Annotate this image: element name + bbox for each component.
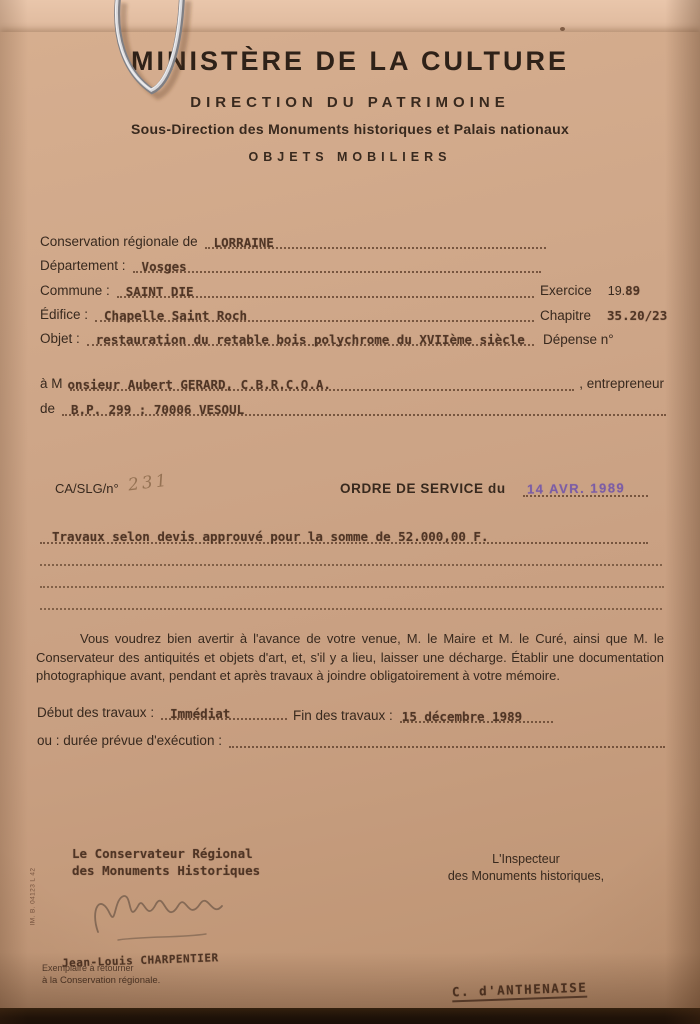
conservation-line: LORRAINE <box>205 232 546 249</box>
start-label: Début des travaux : <box>37 705 161 720</box>
end-value: 15 décembre 1989 <box>402 709 522 724</box>
empty-dotted-line <box>40 550 662 566</box>
commune-line: SAINT DIE <box>117 281 534 298</box>
service-title: OBJETS MOBILIERS <box>0 150 700 164</box>
exercice-value: 89 <box>625 283 640 298</box>
field-depense: Dépense n° <box>543 332 614 347</box>
chapitre-value: 35.20/23 <box>607 308 667 323</box>
notice-paragraph: Vous voudrez bien avertir à l'avance de … <box>36 630 664 686</box>
date-stamp: 14 AVR. 1989 <box>527 480 625 496</box>
field-exercice: Exercice19.89 <box>540 283 640 298</box>
departement-value: Vosges <box>142 259 187 274</box>
paperclip <box>104 0 204 121</box>
right-role-line1: L'Inspecteur <box>437 851 615 868</box>
handwritten-signature <box>84 880 254 950</box>
works-line: Travaux selon devis approuvé pour la som… <box>40 528 648 544</box>
paper-speck <box>560 27 565 31</box>
exercice-printed: 19. <box>608 284 625 298</box>
contractor-prefix: à M <box>40 376 70 391</box>
objet-line: restauration du retable bois polychrome … <box>87 329 534 346</box>
duration-label: ou : durée prévue d'exécution : <box>37 733 229 748</box>
empty-dotted-line <box>40 572 664 588</box>
field-duration: ou : durée prévue d'exécution : <box>37 731 665 748</box>
left-signatory-role: Le Conservateur Régional des Monuments H… <box>72 845 260 879</box>
departement-label: Département : <box>40 258 133 273</box>
start-value: Immédiat <box>170 706 230 721</box>
duration-line <box>229 731 665 748</box>
field-chapitre: Chapitre35.20/23 <box>540 308 667 323</box>
table-surface <box>0 1008 700 1024</box>
field-start-date: Début des travaux : Immédiat <box>37 703 287 720</box>
commune-label: Commune : <box>40 283 117 298</box>
field-conservation: Conservation régionale de LORRAINE <box>40 232 546 249</box>
field-commune: Commune : SAINT DIE <box>40 281 534 298</box>
field-edifice: Édifice : Chapelle Saint Roch <box>40 305 534 322</box>
field-departement: Département : Vosges <box>40 256 541 273</box>
conservation-value: LORRAINE <box>214 235 274 250</box>
objet-value: restauration du retable bois polychrome … <box>96 332 525 347</box>
empty-dotted-line <box>40 594 662 610</box>
end-label: Fin des travaux : <box>293 708 400 723</box>
copy-note-line2: à la Conservation régionale. <box>42 975 160 986</box>
exercice-label: Exercice <box>540 283 592 298</box>
left-role-line1: Le Conservateur Régional <box>72 845 260 862</box>
commune-value: SAINT DIE <box>126 284 194 299</box>
edifice-value: Chapelle Saint Roch <box>104 308 247 323</box>
ordre-de-service-label: ORDRE DE SERVICE du <box>340 481 506 496</box>
left-role-line2: des Monuments Historiques <box>72 862 260 879</box>
conservation-label: Conservation régionale de <box>40 234 205 249</box>
address-line: B.P. 299 : 70006 VESOUL <box>62 399 666 416</box>
contractor-value: onsieur Aubert GERARD, C.B.R.C.O.A. <box>68 377 331 392</box>
right-role-line2: des Monuments historiques, <box>437 868 615 885</box>
sous-direction-title: Sous-Direction des Monuments historiques… <box>0 121 700 137</box>
depense-label: Dépense n° <box>543 332 614 347</box>
photographed-document: MINISTÈRE DE LA CULTURE DIRECTION DU PAT… <box>0 0 700 1024</box>
field-contractor: à M onsieur Aubert GERARD, C.B.R.C.O.A. … <box>40 374 664 391</box>
field-objet: Objet : restauration du retable bois pol… <box>40 329 534 346</box>
contractor-line: onsieur Aubert GERARD, C.B.R.C.O.A. <box>70 374 575 391</box>
ordre-date-line: 14 AVR. 1989 <box>523 481 648 497</box>
edifice-label: Édifice : <box>40 307 95 322</box>
objet-label: Objet : <box>40 331 87 346</box>
address-prefix: de <box>40 401 62 416</box>
contractor-suffix: , entrepreneur <box>574 376 664 391</box>
works-description: Travaux selon devis approuvé pour la som… <box>52 529 489 544</box>
chapitre-label: Chapitre <box>540 308 591 323</box>
address-value: B.P. 299 : 70006 VESOUL <box>71 402 244 417</box>
field-address: de B.P. 299 : 70006 VESOUL <box>40 399 666 416</box>
start-line: Immédiat <box>161 703 287 720</box>
end-line: 15 décembre 1989 <box>400 706 553 723</box>
departement-line: Vosges <box>133 256 541 273</box>
printer-margin-note: IM. B. 04123 L 42 <box>30 860 37 934</box>
edifice-line: Chapelle Saint Roch <box>95 305 534 322</box>
field-end-date: Fin des travaux : 15 décembre 1989 <box>293 706 553 723</box>
right-signatory-role: L'Inspecteur des Monuments historiques, <box>437 851 615 885</box>
file-ref-label: CA/SLG/n° <box>55 481 119 496</box>
